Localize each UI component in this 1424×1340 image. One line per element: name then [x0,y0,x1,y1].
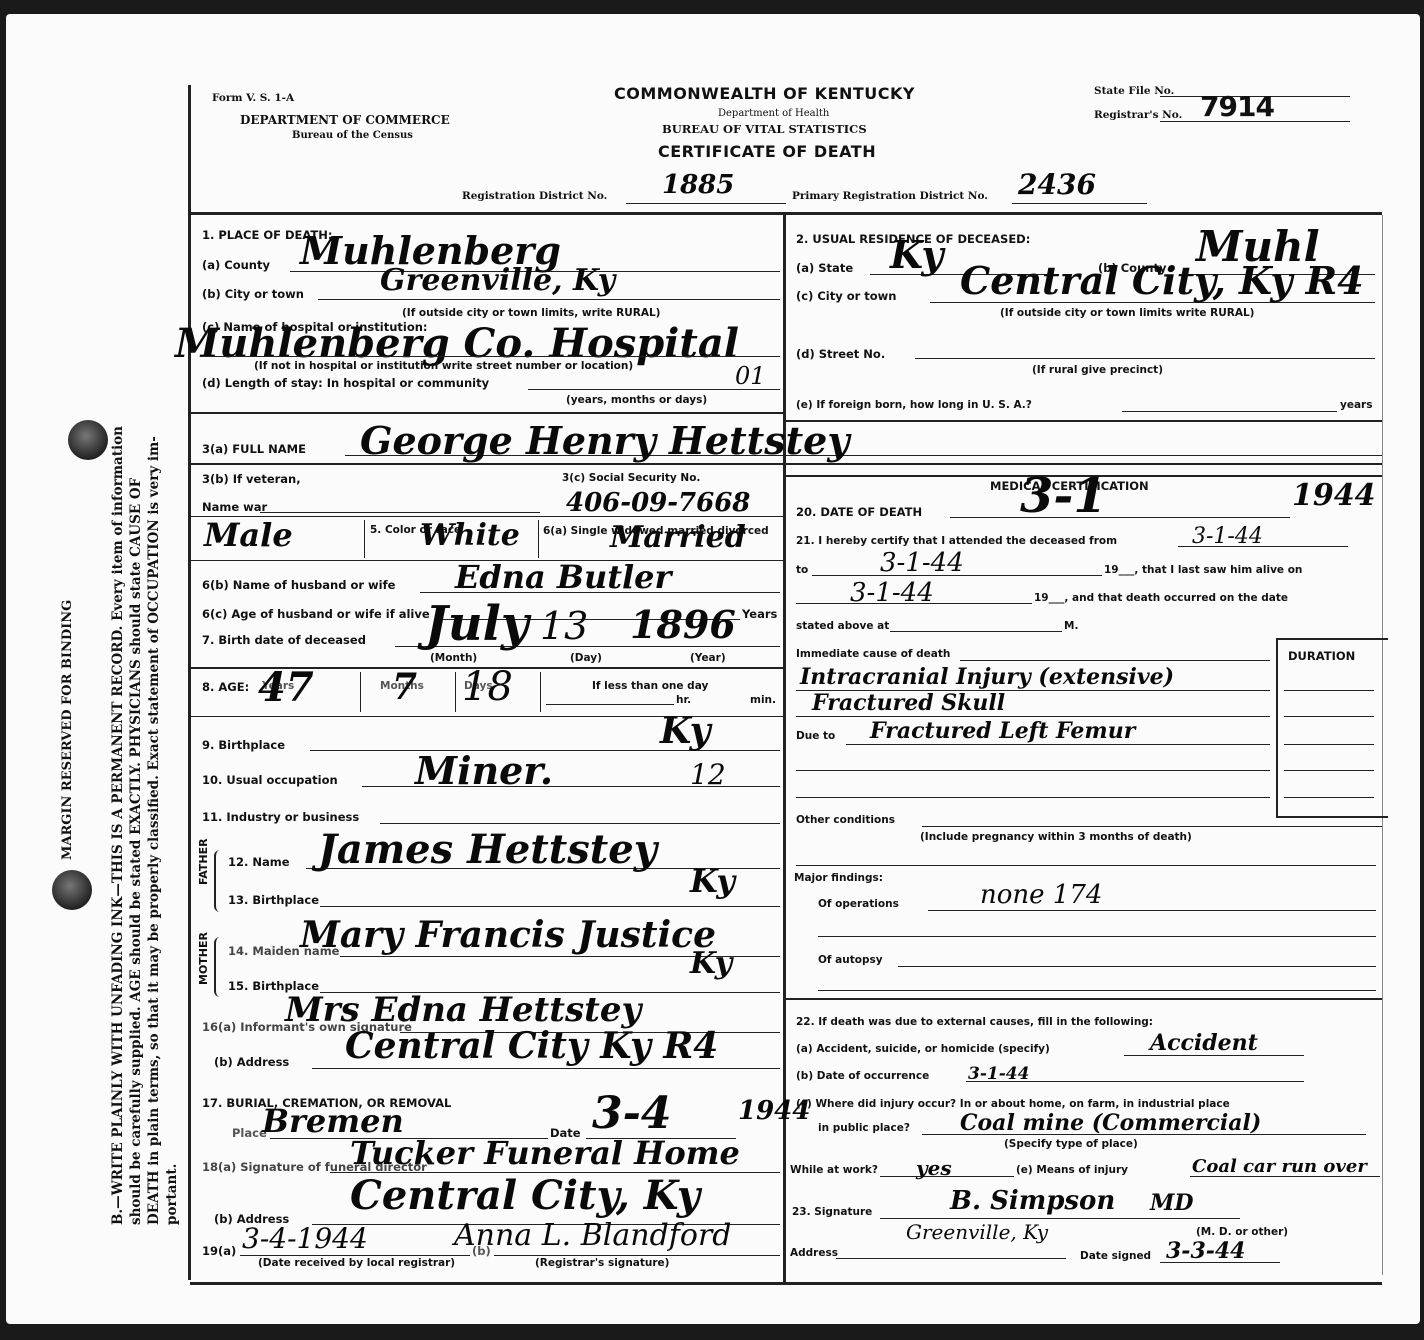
duration-box [1276,638,1388,818]
attended-from-value: 3-1-44 [1192,524,1263,549]
registration-district-label: Registration District No. [462,190,607,202]
occurrence-label: (b) Date of occurrence [796,1070,929,1082]
physician-signature-suffix: MD [1150,1190,1193,1216]
binding-hole-top [68,420,108,460]
physician-address-label: Address [790,1247,838,1259]
spouse-age-label: 6(c) Age of husband or wife if alive [202,607,430,621]
color-divider [538,520,539,558]
occupation-code: 12 [690,758,726,791]
dept-health: Department of Health [718,108,829,119]
foreign-born-label: (e) If foreign born, how long in U. S. A… [796,399,1032,411]
stated-above-label: stated above at [796,620,889,632]
registration-district-line [626,203,786,204]
full-name-label: 3(a) FULL NAME [202,442,306,456]
death-county-label: (a) County [202,258,270,272]
father-birth-label: 13. Birthplace [228,893,319,907]
father-birth-value: Ky [690,862,735,900]
spouse-label: 6(b) Name of husband or wife [202,578,395,592]
mother-birth-value: Ky [690,946,732,981]
dod-label: 20. DATE OF DEATH [796,505,922,519]
color-value: White [420,518,520,553]
father-birth-line [320,906,780,907]
cause-rule-4 [796,770,1270,771]
death-city-value: Greenville, Ky [380,263,615,298]
occupation-value: Miner. [415,748,553,793]
dept-commerce: DEPARTMENT OF COMMERCE [240,113,450,127]
registrar-sig-value: Anna L. Blandford [454,1218,732,1253]
birth-day: 13 [540,604,588,648]
birth-date-label: 7. Birth date of deceased [202,633,366,647]
major-findings-label: Major findings: [794,872,883,884]
sex-divider [364,520,365,558]
date-signed-value: 3-3-44 [1166,1238,1246,1264]
institution-line [200,356,780,357]
age-hr-line [546,704,674,705]
father-tag: FATHER [197,838,210,885]
birth-year-note: (Year) [690,652,726,664]
other-conditions-label: Other conditions [796,814,895,826]
death-city-line [318,299,780,300]
age-less-label: If less than one day [592,680,708,692]
bureau-census: Bureau of the Census [292,130,413,141]
stated-above-line [890,631,1062,632]
informant-address-value: Central City Ky R4 [345,1025,718,1067]
duration-row3 [1284,744,1374,745]
operations-rule2 [818,936,1376,937]
physician-address-line [836,1258,1066,1259]
burial-date-value: 3-4 [592,1088,672,1139]
primary-district-label: Primary Registration District No. [792,190,988,202]
public-place-label: in public place? [818,1122,910,1134]
registrar-received-line [240,1255,470,1256]
m-label: M. [1064,620,1078,632]
physician-signature-value: B. Simpson [950,1186,1115,1216]
war-line [260,512,540,513]
duration-row5 [1284,797,1374,798]
duration-label: DURATION [1288,649,1355,663]
accident-label: (a) Accident, suicide, or homicide (spec… [796,1043,1050,1055]
age-divider-1 [360,672,361,712]
street-line [915,358,1375,359]
while-at-work-value: yes [916,1156,952,1180]
where-value: Coal mine (Commercial) [960,1110,1261,1136]
external-causes-label: 22. If death was due to external causes,… [796,1016,1153,1028]
duration-row4 [1284,770,1374,771]
registrar-line [1160,121,1350,122]
mother-name-value: Mary Francis Justice [300,914,716,956]
due-to-rule [846,744,1270,745]
header-bottom-rule [190,212,1382,215]
length-of-stay-note: (years, months or days) [566,394,707,406]
informant-value: Mrs Edna Hettstey [285,990,641,1030]
operations-value: none 174 [980,880,1102,910]
birth-day-note: (Day) [570,652,602,664]
age-years-value: 47 [258,664,314,711]
cause-rule-5 [796,797,1270,798]
veteran-label: 3(b) If veteran, [202,472,301,486]
where-label: (c) Where did injury occur? In or about … [796,1098,1230,1110]
external-top-rule [786,998,1382,1000]
immediate-cause-line2-rule [796,716,1270,717]
immediate-cause-line2: Fractured Skull [812,690,1005,716]
age-min-label: min. [750,694,776,706]
full-name-rule [190,463,1382,465]
form-number: Form V. S. 1-A [212,92,294,104]
means-value: Coal car run over [1192,1156,1367,1177]
spouse-value: Edna Butler [455,558,671,596]
bureau-vital-statistics: BUREAU OF VITAL STATISTICS [662,122,867,136]
other-conditions-line [922,826,1382,827]
registrar-sig-line [494,1255,780,1256]
margin-binding-note: MARGIN RESERVED FOR BINDING [60,600,75,860]
margin-instructions-1: B.—WRITE PLAINLY WITH UNFADING INK—THIS … [110,426,126,1225]
while-at-work-label: While at work? [790,1164,878,1176]
residence-city-label: (c) City or town [796,289,897,303]
section2-rule [786,420,1382,422]
dod-value: 3-1 [1020,468,1107,524]
marital-value: Married [610,520,746,555]
length-of-stay-label: (d) Length of stay: In hospital or commu… [202,376,489,390]
undertaker-value: Tucker Funeral Home [350,1134,740,1172]
due-to-label: Due to [796,730,835,742]
institution-note: (If not in hospital or institution write… [254,360,633,372]
where-note: (Specify type of place) [1004,1138,1138,1150]
father-name-value: James Hettstey [318,826,657,873]
immediate-cause-line0 [960,660,1270,661]
age-months-value: 7 [392,666,417,708]
certify-label: 21. I hereby certify that I attended the… [796,535,1117,547]
form-left-border [188,85,191,1280]
physician-signature-line [880,1218,1240,1219]
primary-district-value: 2436 [1018,168,1096,201]
autopsy-rule2 [818,990,1376,991]
due-to-value: Fractured Left Femur [870,718,1135,744]
death-occurred-label: 19___, and that death occurred on the da… [1034,592,1288,604]
immediate-cause-label: Immediate cause of death [796,648,950,660]
death-city-label: (b) City or town [202,287,304,301]
spouse-age-unit: Years [742,607,777,621]
age-label: 8. AGE: [202,680,249,694]
birth-month: July [425,596,529,652]
last-saw-label: 19___, that I last saw him alive on [1104,564,1302,576]
commonwealth-title: COMMONWEALTH OF KENTUCKY [614,84,915,103]
informant-address-label: (b) Address [214,1055,289,1069]
occupation-label: 10. Usual occupation [202,773,338,787]
foreign-born-unit: years [1340,399,1372,411]
section1-rule [190,412,784,414]
registrar-sig-note: (Registrar's signature) [535,1257,669,1269]
other-conditions-note: (Include pregnancy within 3 months of de… [920,831,1192,843]
age-divider-3 [540,672,541,712]
street-note: (If rural give precinct) [1032,364,1163,376]
dod-line [950,517,1290,518]
mother-tag: MOTHER [197,932,210,985]
informant-address-line [312,1068,780,1069]
death-city-note: (If outside city or town limits, write R… [402,307,660,319]
margin-instructions-4: portant. [164,1164,180,1225]
binding-hole-bottom [52,870,92,910]
industry-line [380,823,780,824]
means-label: (e) Means of injury [1016,1164,1128,1176]
occurrence-value: 3-1-44 [968,1064,1029,1084]
age-hr-label: hr. [676,694,691,706]
registrar-label: Registrar's No. [1094,109,1182,121]
form-bottom-rule [190,1282,1382,1285]
father-bracket [214,850,222,912]
registrar-received-value: 3-4-1944 [242,1222,368,1255]
autopsy-line [898,966,1376,967]
birthplace-value: Ky [660,710,711,752]
last-saw-value: 3-1-44 [850,578,934,608]
certificate-title: CERTIFICATE OF DEATH [658,142,876,161]
sex-value: Male [204,516,293,554]
physician-address-value: Greenville, Ky [906,1220,1048,1244]
ssn-label: 3(c) Social Security No. [562,472,700,484]
registrar-received-note: (Date received by local registrar) [258,1257,455,1269]
immediate-cause-line1: Intracranial Injury (extensive) [800,664,1174,690]
margin-instructions-3: DEATH in plain terms, so that it may be … [146,436,162,1225]
autopsy-label: Of autopsy [818,954,883,966]
birth-month-note: (Month) [430,652,477,664]
attended-to-value: 3-1-44 [880,548,964,578]
length-of-stay-value: 01 [735,362,766,390]
residence-city-value: Central City, Ky R4 [960,258,1364,303]
ssn-value: 406-09-7668 [566,488,750,518]
duration-row1 [1284,690,1374,691]
registration-district-value: 1885 [662,170,734,200]
other-conditions-rule [796,865,1376,866]
duration-row2 [1284,716,1374,717]
age-divider-2 [455,672,456,712]
residence-state-label: (a) State [796,261,853,275]
age-days-value: 18 [462,664,513,710]
operations-label: Of operations [818,898,899,910]
accident-value: Accident [1150,1030,1258,1056]
undertaker-address-value: Central City, Ky [350,1172,700,1219]
birthplace-label: 9. Birthplace [202,738,285,752]
date-signed-label: Date signed [1080,1250,1151,1262]
foreign-born-line [1122,411,1337,412]
physician-signature-note: (M. D. or other) [1196,1226,1288,1238]
margin-instructions-2: should be carefully supplied. AGE should… [128,478,144,1225]
industry-label: 11. Industry or business [202,810,359,824]
to-label: to [796,564,808,576]
state-file-number: 7914 [1200,90,1274,123]
street-label: (d) Street No. [796,347,885,361]
operations-line [928,910,1376,911]
war-label: Name war [202,500,267,514]
physician-signature-label: 23. Signature [792,1206,872,1218]
registrar-received-label: 19(a) [202,1244,236,1258]
birth-year: 1896 [630,602,736,647]
father-name-label: 12. Name [228,855,290,869]
residence-state-value: Ky [890,232,943,277]
full-name-value: George Henry Hettstey [360,418,849,463]
residence-city-note: (If outside city or town limits write RU… [1000,307,1254,319]
mother-bracket [214,937,222,997]
dod-year: 1944 [1292,478,1376,513]
primary-district-line [1012,203,1147,204]
